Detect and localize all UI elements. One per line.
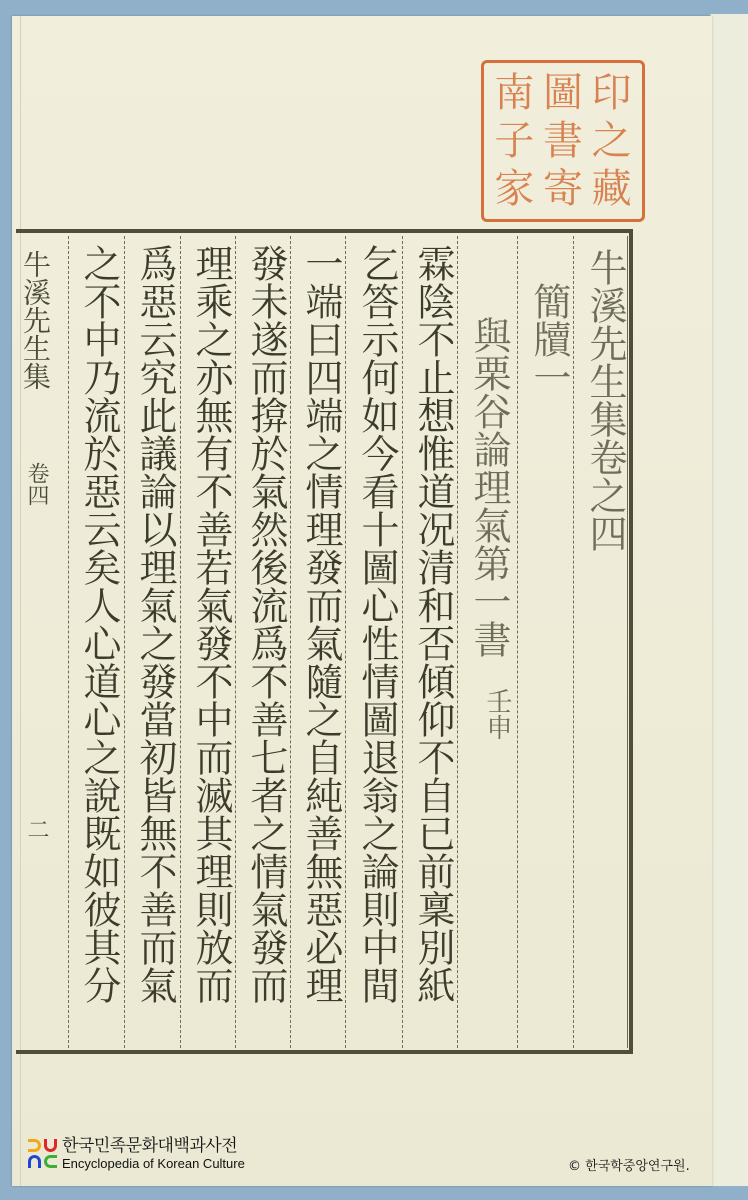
column-rule: [402, 236, 403, 1048]
seal-char: 圖: [539, 69, 588, 117]
margin-page-number: 二: [22, 818, 50, 840]
column-rule: [290, 236, 291, 1048]
encyclopedia-logo-icon: [28, 1139, 58, 1169]
column-rule: [573, 236, 574, 1048]
column-rule: [345, 236, 346, 1048]
section-heading: 簡牘一: [526, 282, 572, 396]
seal-char: 子: [490, 117, 539, 165]
body-column-7: 之不中乃流於惡云矣人心道心之說既如彼其分: [76, 244, 122, 1004]
collection-title-column: 牛溪先生集卷之四: [582, 248, 628, 552]
ownership-seal: 南 圖 印 子 書 之 家 寄 藏: [481, 60, 645, 222]
column-rule: [517, 236, 518, 1048]
margin-collection-title: 牛溪先生集: [18, 250, 52, 390]
body-column-1: 霖陰不止想惟道况清和否傾仰不自已前稟別紙: [410, 244, 456, 1004]
logo-korean-text: 한국민족문화대백과사전: [62, 1138, 245, 1155]
body-column-6: 爲惡云究此議論以理氣之發當初皆無不善而氣: [132, 244, 178, 1004]
column-rule: [457, 236, 458, 1048]
letter-title: 與栗谷論理氣第一書: [466, 316, 512, 658]
adjacent-page-edge: [710, 14, 748, 1186]
seal-char: 家: [490, 165, 539, 213]
column-rule: [235, 236, 236, 1048]
seal-char: 南: [490, 69, 539, 117]
seal-char: 藏: [587, 165, 636, 213]
margin-volume: 卷四: [22, 462, 50, 506]
copyright-notice: © 한국학중앙연구원.: [568, 1155, 690, 1174]
column-rule: [180, 236, 181, 1048]
seal-char: 書: [539, 117, 588, 165]
seal-char: 印: [587, 69, 636, 117]
body-column-4: 發未遂而揜於氣然後流爲不善七者之情氣發而: [243, 244, 289, 1004]
seal-char: 寄: [539, 165, 588, 213]
seal-char: 之: [587, 117, 636, 165]
letter-date-note: 壬申: [482, 688, 512, 740]
column-rule: [124, 236, 125, 1048]
body-column-3: 一端曰四端之情理發而氣隨之自純善無惡必理: [298, 244, 344, 1004]
logo-english-text: Encyclopedia of Korean Culture: [62, 1157, 245, 1170]
body-column-2: 乞答示何如今看十圖心性情圖退翁之論則中間: [354, 244, 400, 1004]
encyclopedia-logo: 한국민족문화대백과사전 Encyclopedia of Korean Cultu…: [28, 1138, 245, 1170]
body-column-5: 理乘之亦無有不善若氣發不中而滅其理則放而: [188, 244, 234, 1004]
column-rule: [68, 236, 69, 1048]
